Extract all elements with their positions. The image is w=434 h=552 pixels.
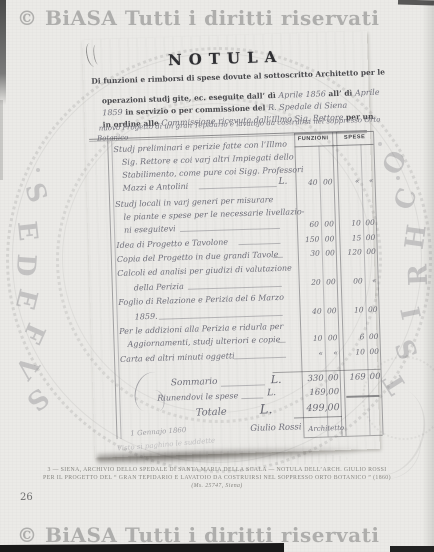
amount-spese-lire: 00 bbox=[343, 276, 363, 286]
date-line: 1 Gennajo 1860 bbox=[130, 426, 186, 438]
row-line: Sig. Rettore e coi varj altri Impiegati … bbox=[122, 152, 294, 166]
lira-symbol: L. bbox=[267, 388, 276, 398]
scan-edge-right-shading bbox=[422, 0, 434, 552]
amount-funzioni-lire: 40 bbox=[301, 307, 322, 317]
sommario-spese-cent: 00 bbox=[370, 372, 380, 382]
scan-bar-bottom-left bbox=[0, 543, 284, 552]
table-bottom-rule bbox=[304, 435, 383, 438]
row-line: Per le addizioni alla Perizia e ridurla … bbox=[119, 322, 283, 336]
spese-total-underline bbox=[346, 395, 379, 398]
amount-funzioni-lire: 40 bbox=[296, 178, 317, 188]
row-line: Studj preliminari e perizie fatte con l’… bbox=[113, 140, 287, 154]
riunendo-label: Riunendovi le spese bbox=[157, 391, 238, 403]
amount-spese-lire: 10 bbox=[341, 218, 361, 228]
seal-dot bbox=[378, 142, 382, 146]
leader-line bbox=[278, 341, 286, 343]
sommario-label: Sommario bbox=[171, 377, 218, 388]
riunendo-amount: 169,00 bbox=[299, 387, 339, 398]
seal-letter: V bbox=[8, 350, 44, 384]
amount-spese-lire: 6 bbox=[344, 332, 364, 342]
leader-line bbox=[180, 227, 280, 232]
amount-spese-cent: 00 bbox=[369, 347, 379, 356]
amount-funzioni-cent: 00 bbox=[325, 306, 336, 315]
row-line: 1859. bbox=[135, 312, 158, 322]
seal-letter: E bbox=[9, 286, 43, 312]
row-line: della Perizia bbox=[134, 282, 184, 293]
row-line: Carta ed altri minuti oggetti bbox=[120, 351, 235, 364]
signature-title: Architetto bbox=[308, 424, 344, 433]
row-line: le piante e spese per le necessarie live… bbox=[123, 207, 304, 222]
seal-dot bbox=[396, 176, 400, 180]
sommario-funzioni-cent: 00 bbox=[328, 373, 339, 383]
amount-spese-cent: 00 bbox=[365, 233, 375, 242]
amount-funzioni-lire: « bbox=[302, 349, 323, 359]
row-line: Stabilimento, come pure coi Sigg. Profes… bbox=[122, 165, 303, 180]
scan-edge-left-fade bbox=[0, 100, 3, 180]
amount-spese-lire: « bbox=[339, 176, 359, 186]
page-number: 26 bbox=[20, 492, 33, 503]
amount-funzioni-cent: 00 bbox=[324, 248, 335, 257]
caption-line-2: PER IL PROGETTO DEL “ GRAN TEPIDARIO E L… bbox=[30, 474, 404, 482]
row-line: Mazzi e Antolini bbox=[123, 182, 189, 193]
amount-spese-cent: 00 bbox=[367, 305, 377, 314]
figure-caption: 3 — SIENA, ARCHIVIO DELLO SPEDALE DI SAN… bbox=[30, 466, 404, 490]
leader-line bbox=[273, 256, 283, 258]
amount-funzioni-cent: 00 bbox=[326, 333, 337, 342]
row-line: ni eseguitevi bbox=[124, 224, 176, 235]
visto-scribble: Visto si paghino le suddette bbox=[117, 436, 216, 452]
lira-symbol: L. bbox=[278, 177, 287, 187]
amount-funzioni-lire: 20 bbox=[300, 278, 321, 288]
caption-line-1: 3 — SIENA, ARCHIVIO DELLO SPEDALE DI SAN… bbox=[30, 466, 404, 474]
seal-letter: D bbox=[10, 253, 41, 278]
notula-title: NOTULA bbox=[94, 45, 356, 71]
amount-spese-cent: 00 bbox=[368, 332, 378, 341]
row-line: Studj locali in varj generi per misurare bbox=[115, 195, 273, 209]
row-line: Calcoli ed analisi per giudizi di valuta… bbox=[117, 264, 292, 278]
totale-amount: 499,00 bbox=[294, 402, 340, 414]
amount-funzioni-cent: 00 bbox=[321, 177, 332, 186]
photographed-notula-document: NOTULA Di funzioni e rimborsi di spese d… bbox=[82, 31, 380, 458]
amount-spese-cent: 00 bbox=[365, 218, 375, 227]
leader-line bbox=[199, 185, 277, 189]
amount-funzioni-lire: 150 bbox=[298, 235, 319, 245]
amount-spese-lire: 15 bbox=[341, 233, 361, 243]
table-header-bottom-line bbox=[294, 144, 373, 147]
seal-letter: S bbox=[390, 335, 425, 364]
lira-symbol: L. bbox=[271, 373, 282, 386]
amount-spese-lire: 10 bbox=[343, 305, 363, 315]
amount-funzioni-cent: 00 bbox=[323, 234, 334, 243]
amount-funzioni-cent: 00 bbox=[325, 277, 336, 286]
seal-letter: O bbox=[377, 146, 414, 180]
leader-line bbox=[234, 356, 286, 360]
spese-subcolumn-line bbox=[360, 144, 370, 435]
copyright-watermark-top: © BiASA Tutti i diritti riservati bbox=[17, 6, 379, 30]
table-header-spese: SPESE bbox=[336, 134, 373, 141]
totale-label: Totale bbox=[196, 407, 227, 419]
row-line: Aggiornamenti, studj ulteriori e copie bbox=[127, 335, 280, 349]
amount-spese-cent: « bbox=[363, 176, 373, 185]
seal-letter: E bbox=[11, 220, 43, 243]
scan-bar-bottom-right bbox=[390, 546, 434, 552]
row-line: Idea di Progetto e Tavolone bbox=[116, 238, 228, 251]
sommario-funzioni-lire: 330 bbox=[301, 374, 324, 385]
seal-letter: F bbox=[16, 318, 51, 347]
seal-dot bbox=[36, 168, 40, 172]
totale-underline bbox=[294, 416, 342, 419]
table-header-funzioni: FUNZIONI bbox=[294, 135, 332, 142]
row-line: Copia del Progetto in due grandi Tavole bbox=[117, 250, 279, 264]
seal-letter: T bbox=[378, 367, 414, 399]
leader-line bbox=[221, 383, 265, 386]
lira-symbol: L. bbox=[259, 402, 272, 417]
amount-funzioni-lire: 10 bbox=[301, 334, 322, 344]
signature-name: Giulio Rossi bbox=[250, 422, 301, 434]
amount-spese-lire: 10 bbox=[345, 347, 365, 357]
leader-line bbox=[241, 396, 263, 399]
seal-letter: S bbox=[21, 381, 55, 416]
seal-letter: C bbox=[389, 185, 424, 214]
caption-line-3: (Ms. 25747, Siena) bbox=[30, 482, 404, 490]
intro-handwritten: Aprile bbox=[355, 88, 380, 98]
amount-spese-cent: 00 bbox=[366, 247, 376, 256]
amount-funzioni-cent: 00 bbox=[323, 219, 334, 228]
amount-spese-lire: 120 bbox=[342, 247, 362, 257]
sommario-spese-lire: 169 bbox=[345, 372, 366, 383]
leader-line bbox=[159, 314, 283, 320]
row-line: Foglio di Relazione e Perizia del 6 Marz… bbox=[118, 293, 284, 307]
scan-edge-left-dark-strip bbox=[0, 0, 6, 105]
amount-funzioni-lire: 60 bbox=[298, 220, 319, 230]
leader-line bbox=[188, 285, 282, 290]
leader-line bbox=[238, 242, 280, 245]
amount-spese-cent: « bbox=[367, 276, 377, 285]
amount-funzioni-lire: 30 bbox=[299, 249, 320, 259]
scanned-book-page: S V F E D E S O C H R I S T © BiASA Tutt… bbox=[0, 0, 434, 552]
seal-letter: S bbox=[18, 179, 52, 206]
amount-funzioni-cent: « bbox=[327, 348, 338, 357]
